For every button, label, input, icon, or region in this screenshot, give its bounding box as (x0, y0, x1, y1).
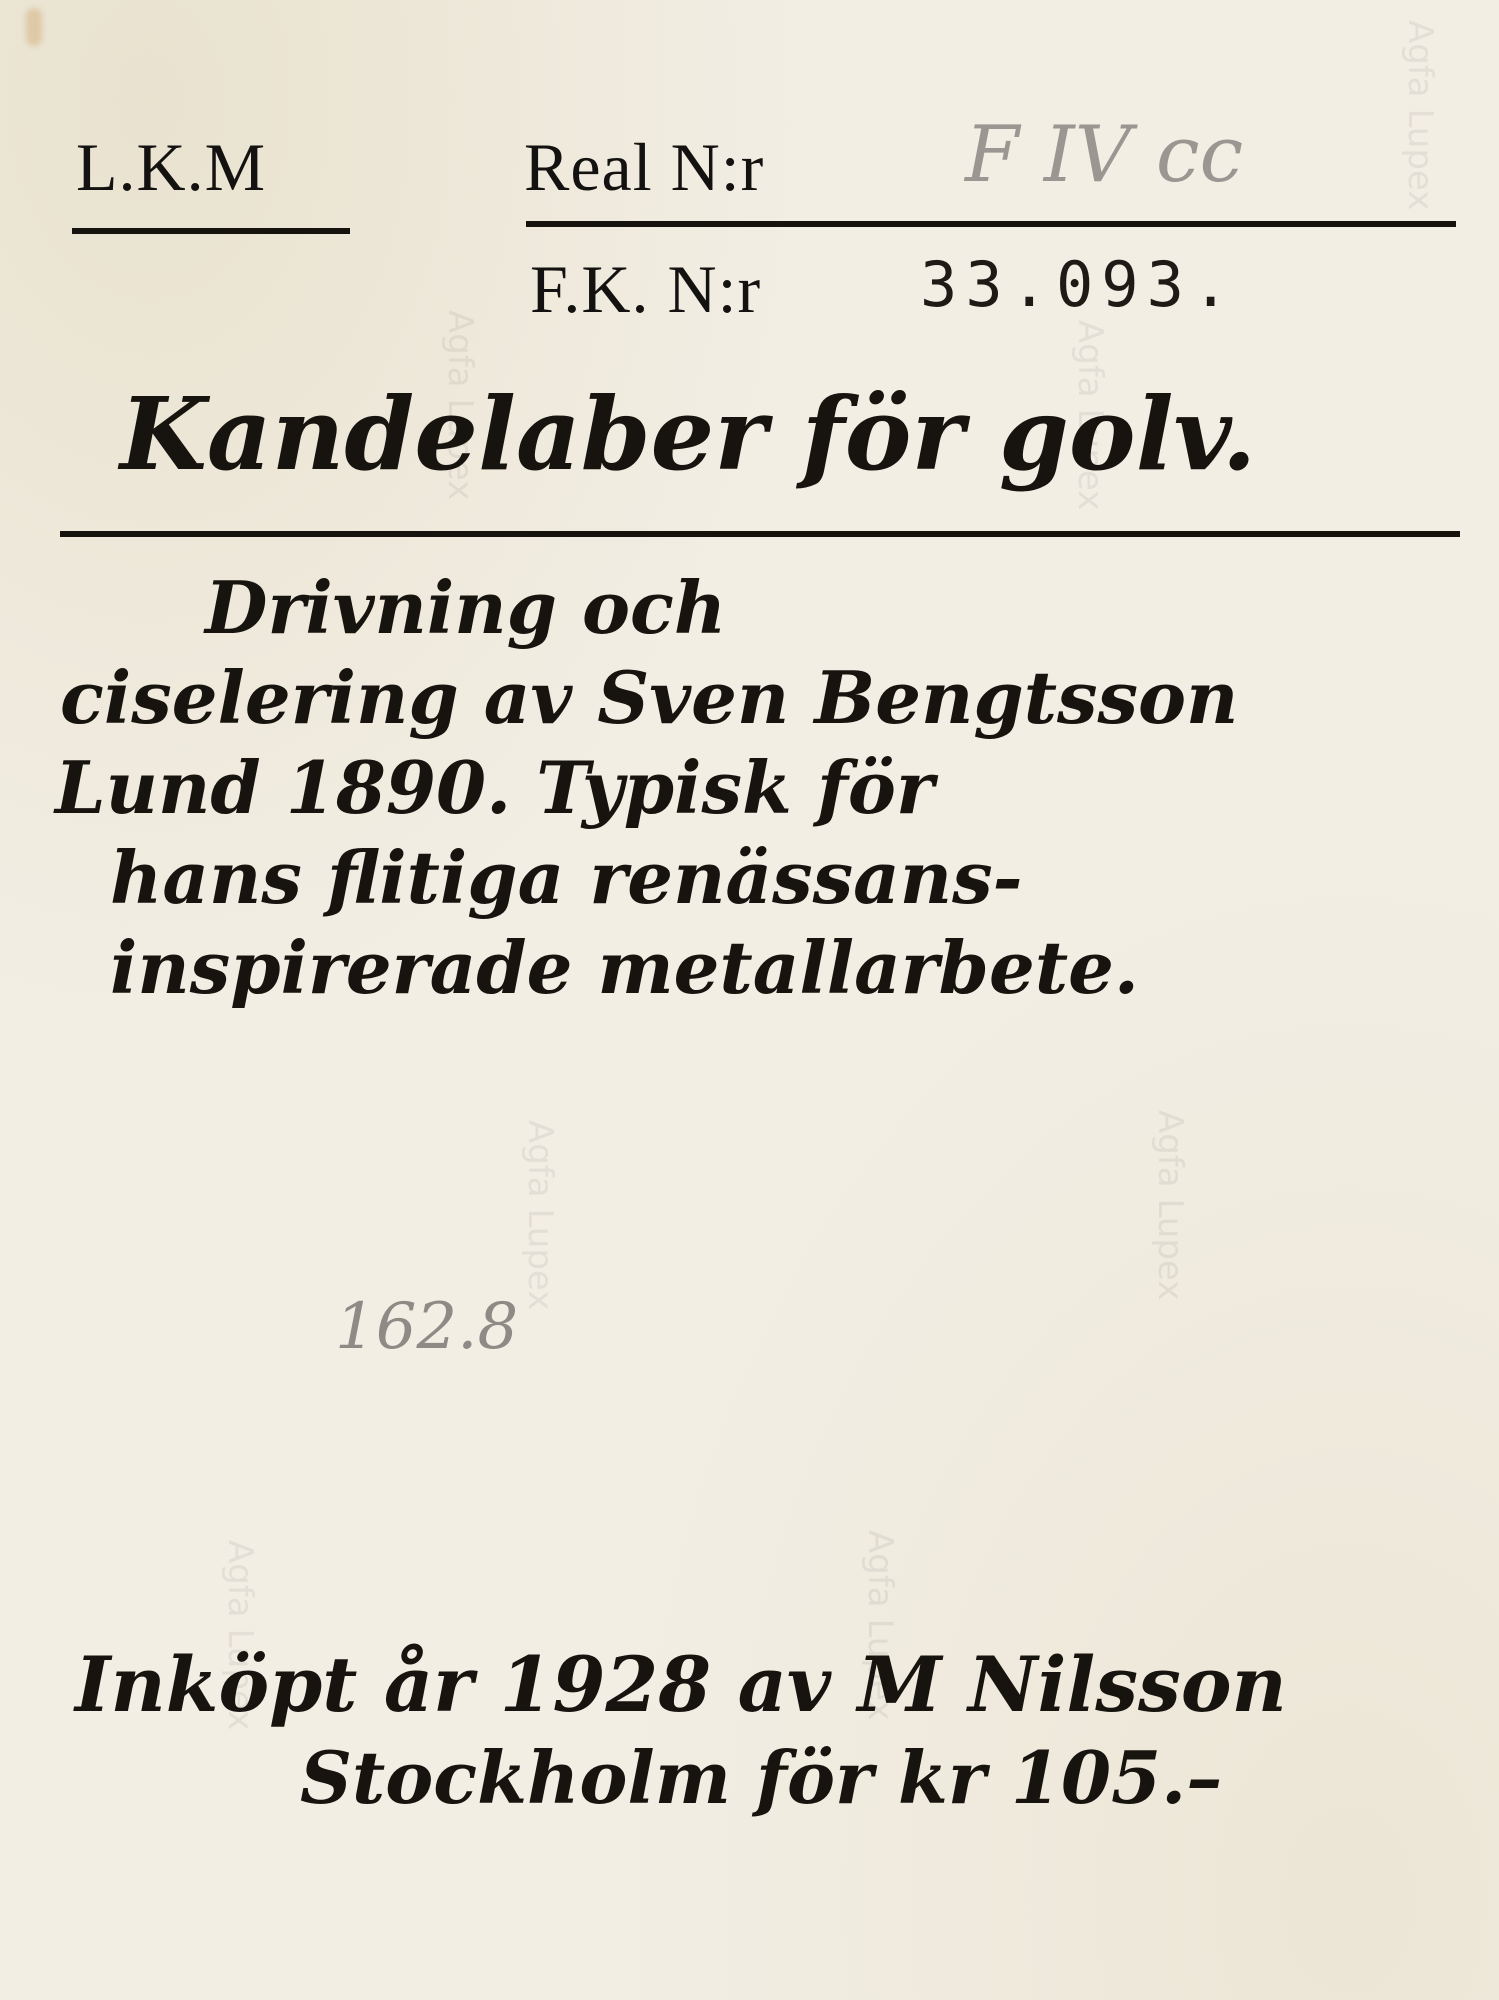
description-line: hans flitiga renässans- (110, 835, 1023, 920)
header-rule (526, 221, 1456, 227)
watermark: Agfa Lupex (1150, 1110, 1190, 1300)
description-line: Lund 1890. Typisk för (55, 745, 934, 830)
institution-underline (72, 228, 350, 234)
real-nr-value: F IV cc (965, 110, 1243, 200)
pencil-note: 162.8 (335, 1290, 518, 1364)
catalog-card: Agfa Lupex Agfa Lupex Agfa Lupex Agfa Lu… (0, 0, 1499, 2000)
real-nr-label: Real N:r (524, 128, 764, 207)
description-line: ciselering av Sven Bengtsson (60, 655, 1238, 740)
fk-nr-value: 33.093. (920, 248, 1237, 321)
description-line: inspirerade metallarbete. (110, 925, 1139, 1010)
institution-label: L.K.M (76, 128, 266, 207)
fk-nr-label: F.K. N:r (530, 250, 761, 329)
description-line: Drivning och (205, 565, 726, 650)
acquisition-line: Inköpt år 1928 av M Nilsson (75, 1640, 1287, 1729)
acquisition-line: Stockholm för kr 105.– (300, 1735, 1222, 1820)
watermark: Agfa Lupex (1400, 20, 1440, 210)
watermark: Agfa Lupex (520, 1120, 560, 1310)
object-title: Kandelaber för golv. (120, 375, 1256, 493)
title-rule (60, 531, 1460, 537)
paper-stain (26, 8, 42, 46)
